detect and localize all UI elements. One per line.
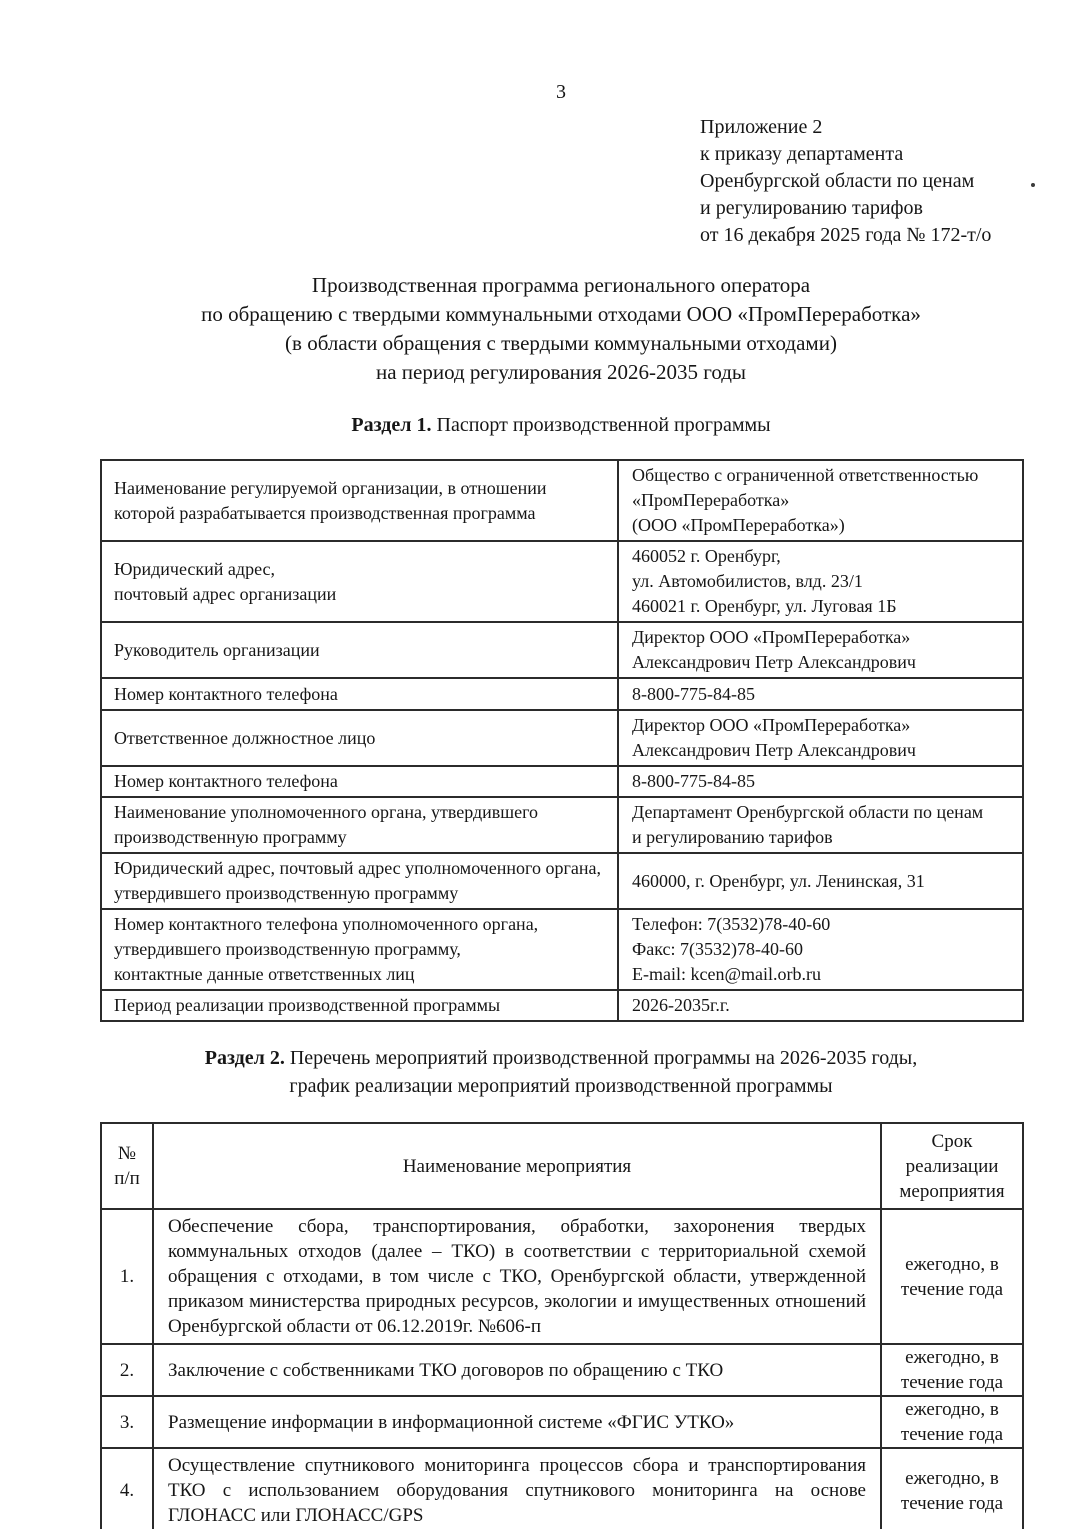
t2-header-term: Срок реализации мероприятия: [881, 1123, 1023, 1209]
document-title: Производственная программа регионального…: [100, 271, 1022, 387]
appendix-line: к приказу департамента: [700, 141, 1022, 168]
scan-speck: [1031, 183, 1035, 187]
t1-label-cell: Период реализации производственной прогр…: [101, 990, 618, 1021]
section2-line1: Раздел 2. Перечень мероприятий производс…: [100, 1044, 1022, 1072]
title-line: (в области обращения с твердыми коммунал…: [100, 329, 1022, 358]
passport-table: Наименование регулируемой организации, в…: [100, 459, 1024, 1022]
t1-value-cell: Директор ООО «ПромПереработка» Александр…: [618, 622, 1023, 678]
t2-term-cell: ежегодно, в течение года: [881, 1396, 1023, 1448]
section2-label: Раздел 2.: [205, 1047, 285, 1069]
t1-value-cell: Общество с ограниченной ответственностью…: [618, 460, 1023, 541]
t2-term-cell: ежегодно, в течение года: [881, 1448, 1023, 1529]
table-row: Период реализации производственной прогр…: [101, 990, 1023, 1021]
t1-value-cell: Телефон: 7(3532)78-40-60 Факс: 7(3532)78…: [618, 909, 1023, 990]
t1-label-cell: Номер контактного телефона уполномоченно…: [101, 909, 618, 990]
table-row: Руководитель организации Директор ООО «П…: [101, 622, 1023, 678]
appendix-line: Оренбургской области по ценам: [700, 168, 1022, 195]
t2-num-cell: 2.: [101, 1344, 153, 1396]
page-number: 3: [100, 80, 1022, 104]
table-row: Юридический адрес, почтовый адрес уполно…: [101, 853, 1023, 909]
t2-name-cell: Размещение информации в информационной с…: [153, 1396, 881, 1448]
table-row: Номер контактного телефона 8-800-775-84-…: [101, 766, 1023, 797]
title-line: на период регулирования 2026-2035 годы: [100, 358, 1022, 387]
t2-header-name: Наименование мероприятия: [153, 1123, 881, 1209]
t1-label-cell: Наименование регулируемой организации, в…: [101, 460, 618, 541]
t1-value-cell: 8-800-775-84-85: [618, 678, 1023, 710]
appendix-line: от 16 декабря 2025 года № 172-т/о: [700, 222, 1022, 249]
table-header-row: № п/п Наименование мероприятия Срок реал…: [101, 1123, 1023, 1209]
t1-label-cell: Юридический адрес, почтовый адрес уполно…: [101, 853, 618, 909]
table-row: Наименование уполномоченного органа, утв…: [101, 797, 1023, 853]
t1-label-cell: Руководитель организации: [101, 622, 618, 678]
table-row: Ответственное должностное лицо Директор …: [101, 710, 1023, 766]
t2-num-cell: 4.: [101, 1448, 153, 1529]
t1-label-cell: Наименование уполномоченного органа, утв…: [101, 797, 618, 853]
t1-label-cell: Юридический адрес, почтовый адрес органи…: [101, 541, 618, 622]
table-row: 1. Обеспечение сбора, транспортирования,…: [101, 1209, 1023, 1344]
section2-line2: график реализации мероприятий производст…: [100, 1072, 1022, 1100]
appendix-line: Приложение 2: [700, 114, 1022, 141]
t2-term-cell: ежегодно, в течение года: [881, 1209, 1023, 1344]
table-row: 2. Заключение с собственниками ТКО догов…: [101, 1344, 1023, 1396]
section2-title: Перечень мероприятий производственной пр…: [290, 1047, 917, 1069]
appendix-line: и регулированию тарифов: [700, 195, 1022, 222]
t1-label-cell: Номер контактного телефона: [101, 766, 618, 797]
section1-title: Паспорт производственной программы: [437, 414, 771, 436]
t1-value-cell: 460000, г. Оренбург, ул. Ленинская, 31: [618, 853, 1023, 909]
t2-name-cell: Обеспечение сбора, транспортирования, об…: [153, 1209, 881, 1344]
t1-value-cell: Директор ООО «ПромПереработка» Александр…: [618, 710, 1023, 766]
t2-name-cell: Заключение с собственниками ТКО договоро…: [153, 1344, 881, 1396]
table-row: Юридический адрес, почтовый адрес органи…: [101, 541, 1023, 622]
t2-term-cell: ежегодно, в течение года: [881, 1344, 1023, 1396]
t1-label-cell: Ответственное должностное лицо: [101, 710, 618, 766]
t1-value-cell: 460052 г. Оренбург, ул. Автомобилистов, …: [618, 541, 1023, 622]
t1-value-cell: 8-800-775-84-85: [618, 766, 1023, 797]
document-page: 3 Приложение 2 к приказу департамента Ор…: [0, 0, 1080, 1529]
t1-value-cell: 2026-2035г.г.: [618, 990, 1023, 1021]
table-row: Номер контактного телефона 8-800-775-84-…: [101, 678, 1023, 710]
t2-num-cell: 3.: [101, 1396, 153, 1448]
section1-label: Раздел 1.: [351, 414, 431, 436]
title-line: по обращению с твердыми коммунальными от…: [100, 300, 1022, 329]
t2-header-num: № п/п: [101, 1123, 153, 1209]
t2-name-cell: Осуществление спутникового мониторинга п…: [153, 1448, 881, 1529]
section1-heading: Раздел 1. Паспорт производственной прогр…: [100, 411, 1022, 439]
measures-table: № п/п Наименование мероприятия Срок реал…: [100, 1122, 1024, 1529]
table-row: 3. Размещение информации в информационно…: [101, 1396, 1023, 1448]
table-row: Номер контактного телефона уполномоченно…: [101, 909, 1023, 990]
appendix-reference-block: Приложение 2 к приказу департамента Орен…: [700, 114, 1022, 249]
t2-num-cell: 1.: [101, 1209, 153, 1344]
t1-value-cell: Департамент Оренбургской области по цена…: [618, 797, 1023, 853]
section2-heading: Раздел 2. Перечень мероприятий производс…: [100, 1044, 1022, 1100]
t1-label-cell: Номер контактного телефона: [101, 678, 618, 710]
table-row: Наименование регулируемой организации, в…: [101, 460, 1023, 541]
table-row: 4. Осуществление спутникового мониторинг…: [101, 1448, 1023, 1529]
title-line: Производственная программа регионального…: [100, 271, 1022, 300]
